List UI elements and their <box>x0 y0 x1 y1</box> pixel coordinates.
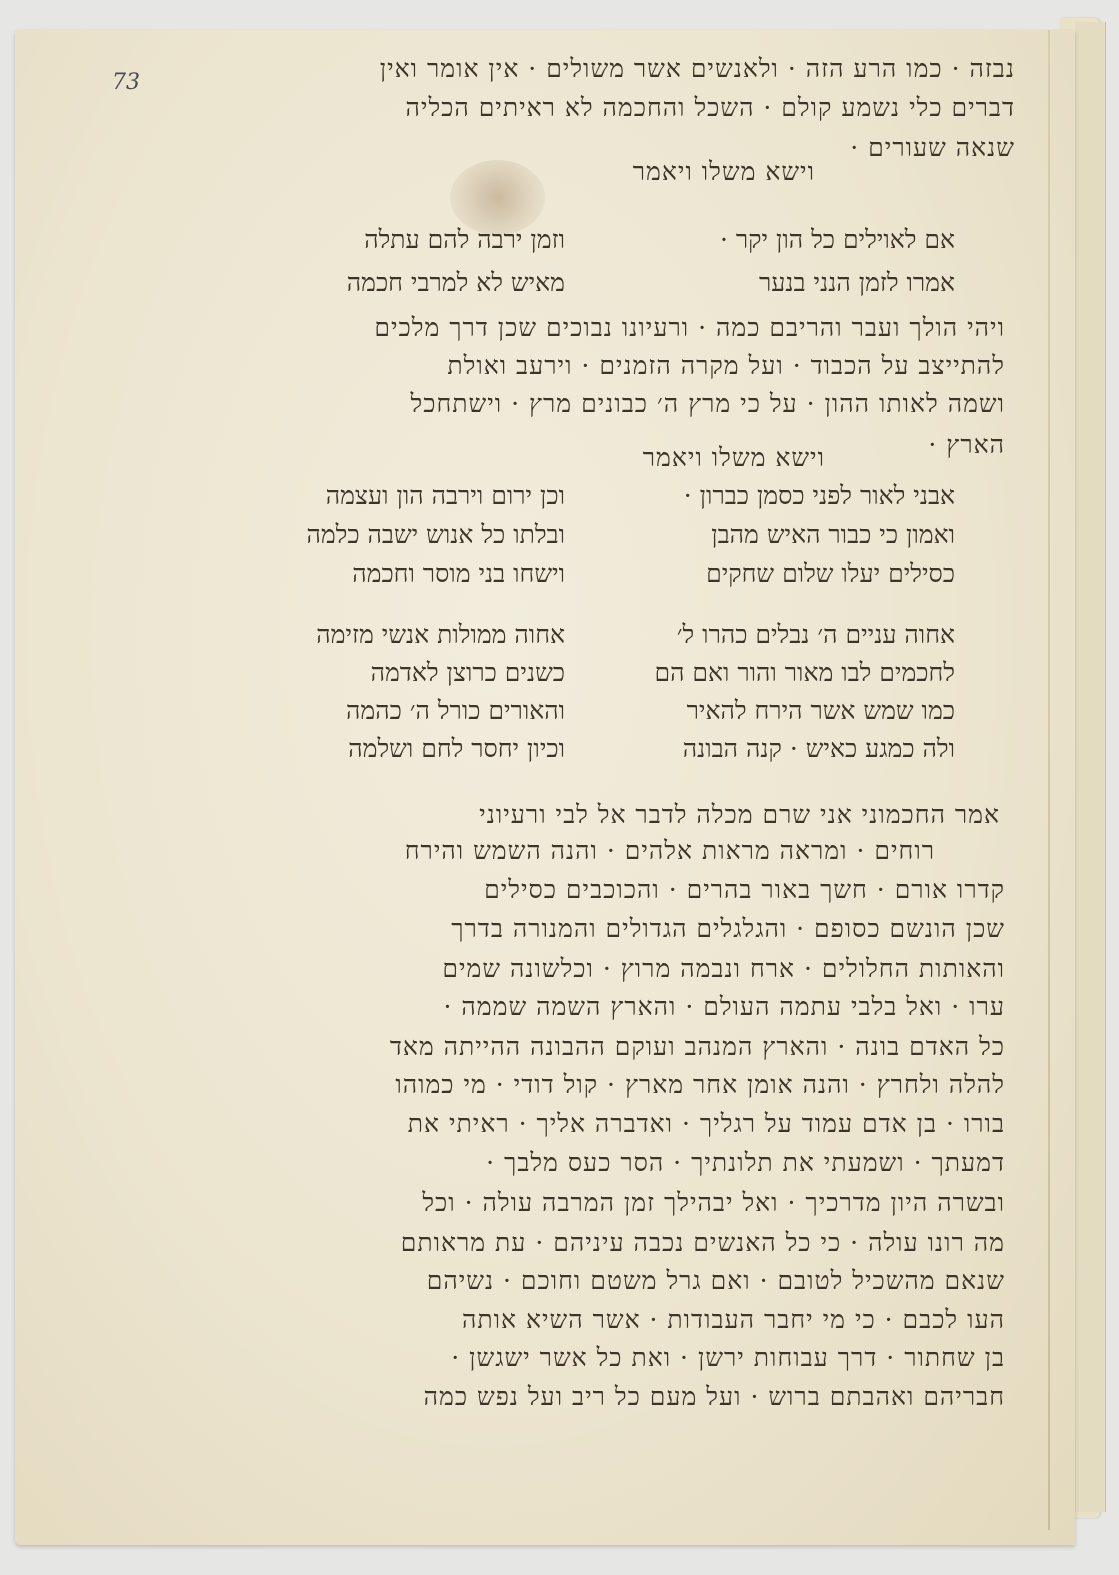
text-line: להתייצב על הכבוד · ועל מקרה הזמנים · ויר… <box>447 351 1005 381</box>
verse-hemistich-right: ואמון כי כבור האיש מהבן <box>711 520 955 550</box>
text-line: בורו · בן אדם עמוד על רגליך · ואדברה אלי… <box>408 1109 1005 1139</box>
text-line: העו לכבם · כי מי יחבר העבודות · אשר השיא… <box>462 1305 1005 1335</box>
verse-hemistich-right: אמרו לזמן הנני בנער <box>759 268 955 298</box>
verse-hemistich-left: וזמן ירבה להם עתלה <box>364 225 565 255</box>
ink-stain <box>450 160 545 235</box>
manuscript-page: 73 נבזה · כמו הרע הזה · ולאנשים אשר משול… <box>15 30 1075 1545</box>
page-edge-stack-inner <box>1075 22 1106 1512</box>
text-line: כל האדם בונה · והארץ המנהב ועוקם ההבונה … <box>390 1032 1005 1062</box>
text-line: חבריהם ואהבתם ברוש · ועל מעם כל ריב ועל … <box>424 1382 1005 1412</box>
text-line: הארץ · <box>928 430 1005 460</box>
text-line: אמר החכמוני אני שרם מכלה לדבר אל לבי ורע… <box>479 800 1000 830</box>
text-line: דמעתך · ושמעתי את תלונתיך · הסר כעס מלבך… <box>486 1148 1005 1178</box>
text-line: קדרו אורם · חשך באור בהרים · והכוכבים כס… <box>484 875 1005 905</box>
text-line: ושמה לאותו ההון · על כי מרץ ה׳ כבונים מר… <box>411 389 1005 419</box>
verse-hemistich-left: וכן ירום וירבה הון ועצמה <box>326 481 565 511</box>
text-line: בן שחתור · דרך עבוחות ירשן · ואת כל אשר … <box>451 1343 1005 1373</box>
text-line: שכן הונשם כסופם · והגלגלים הגדולים והמנו… <box>451 914 1005 944</box>
text-line: ערו · ואל בלבי עתמה העולם · והארץ השמה ש… <box>444 992 1005 1022</box>
verse-hemistich-right: כמו שמש אשר הירח להאיר <box>687 696 955 726</box>
folio-number: 73 <box>112 70 140 95</box>
section-heading: וישא משלו ויאמר <box>643 443 825 473</box>
text-line: והאותות החלולים · ארח ונבמה מרוץ · וכלשו… <box>442 954 1005 984</box>
verse-hemistich-left: ובלתו כל אנוש ישבה כלמה <box>306 520 565 550</box>
verse-hemistich-right: אבני לאור לפני כסמן כברון · <box>684 481 955 511</box>
page-fold <box>1048 30 1050 1530</box>
verse-hemistich-left: והאורים כורל ה׳ כהמה <box>346 696 565 726</box>
text-line: להלה ולחרץ · והנה אומן אחר מארץ · קול דו… <box>395 1070 1005 1100</box>
verse-hemistich-left: וכיון יחסר לחם ושלמה <box>348 734 565 764</box>
text-line: שנאם מהשכיל לטובם · ואם גרל משטם וחוכם ·… <box>427 1266 1005 1296</box>
verse-hemistich-right: לחכמים לבו מאור והור ואם הם <box>655 658 956 688</box>
verse-hemistich-right: ולה כמגע כאיש · קנה הבונה <box>683 734 955 764</box>
verse-hemistich-right: כסילים יעלו שלום שחקים <box>706 559 955 589</box>
text-line: רוחים · ומראה מראות אלהים · והנה השמש וה… <box>405 836 935 866</box>
verse-hemistich-left: מאיש לא למרבי חכמה <box>347 268 565 298</box>
text-line: נבזה · כמו הרע הזה · ולאנשים אשר משולים … <box>380 54 1015 84</box>
text-line: ובשרה היון מדרכיך · ואל יבהילך זמן המרבה… <box>422 1188 1005 1218</box>
verse-hemistich-left: וישחו בני מוסר וחכמה <box>352 559 565 589</box>
section-heading: וישא משלו ויאמר <box>633 157 815 187</box>
text-line: דברים כלי נשמע קולם · השכל והחכמה לא ראי… <box>406 93 1015 123</box>
verse-hemistich-left: כשנים כרוצן לאדמה <box>371 658 565 688</box>
verse-hemistich-right: אחוה עניים ה׳ נבלים כהרו ל׳ <box>677 620 955 650</box>
text-line: שנאה שעורים · <box>850 133 1015 163</box>
verse-hemistich-right: אם לאוילים כל הון יקר · <box>720 225 955 255</box>
text-line: מה רונו עולה · כי כל האנשים נכבה עיניהם … <box>401 1228 1005 1258</box>
text-line: ויהי הולך ועבר והריבם כמה · ורעיונו נבוכ… <box>374 313 1005 343</box>
verse-hemistich-left: אחוה ממולות אנשי מזימה <box>316 620 565 650</box>
